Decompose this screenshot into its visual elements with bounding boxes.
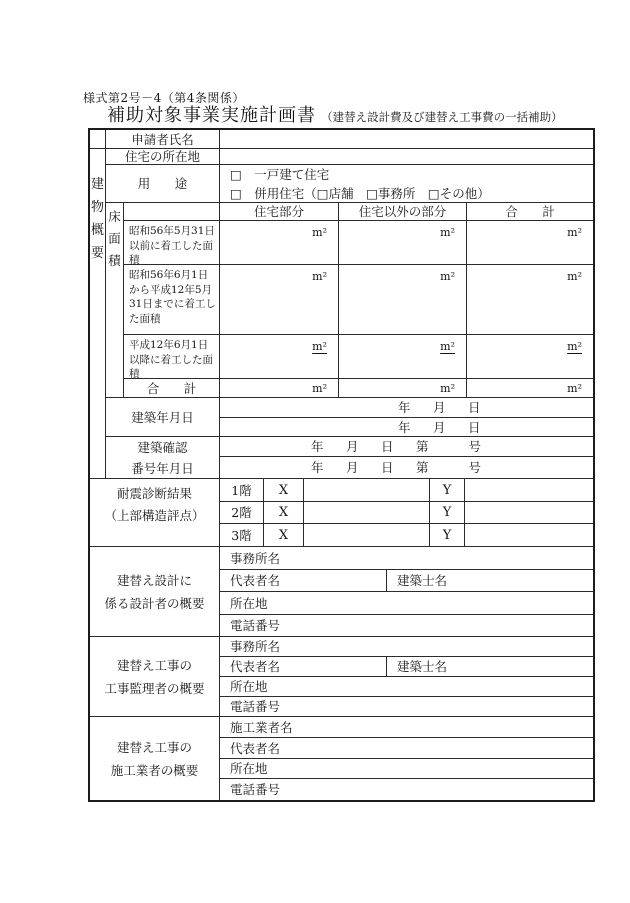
fa-row3-nonhousing-input[interactable]: m² — [339, 335, 467, 379]
fa-row1-housing-input[interactable]: m² — [220, 221, 339, 265]
fa-row1-label: 昭和56年5月31日以前に着工した面積 — [124, 221, 220, 265]
page-title: 補助対象事業実施計画書 — [107, 105, 316, 126]
supervisor-representative-field[interactable]: 代表者名 — [220, 657, 387, 677]
designer-section-label-line2: 係る設計者の概要 — [90, 592, 219, 615]
floor1-y-label: Y — [430, 479, 465, 502]
floor-area-label: 床面積 — [106, 203, 124, 398]
corner-spacer — [90, 130, 106, 149]
fa-row1-total-input[interactable]: m² — [467, 221, 593, 265]
supervisor-architect-field[interactable]: 建築士名 — [387, 657, 593, 677]
built-date-input-row-2[interactable]: 年 月 日 — [220, 418, 593, 437]
fa-row2-label: 昭和56年6月1日から平成12年5月31日までに着工した面積 — [124, 265, 220, 335]
supervisor-phone-field[interactable]: 電話番号 — [220, 697, 593, 717]
applicant-name-label: 申請者氏名 — [106, 130, 220, 149]
supervisor-section-label-line1: 建替え工事の — [90, 654, 219, 677]
floor3-y-label: Y — [430, 524, 465, 547]
applicant-name-input[interactable] — [220, 130, 593, 149]
designer-section-label: 建替え設計に 係る設計者の概要 — [90, 547, 220, 637]
confirmation-input-row-1[interactable]: 年 月 日 第 号 — [220, 437, 593, 457]
usage-label: 用 途 — [106, 165, 220, 203]
designer-phone-field[interactable]: 電話番号 — [220, 615, 593, 637]
fa-total-nonhousing-input[interactable]: m² — [339, 379, 467, 398]
floor3-x-input[interactable] — [304, 524, 430, 547]
col-header-non-housing-part: 住宅以外の部分 — [339, 203, 467, 221]
fa-total-housing-input[interactable]: m² — [220, 379, 339, 398]
designer-address-field[interactable]: 所在地 — [220, 592, 593, 615]
designer-section-label-line1: 建替え設計に — [90, 569, 219, 592]
contractor-section-label-line1: 建替え工事の — [90, 736, 219, 759]
designer-representative-field[interactable]: 代表者名 — [220, 570, 387, 592]
supervisor-section-label-line2: 工事監理者の概要 — [90, 677, 219, 700]
fa-total-label: 合 計 — [124, 379, 220, 398]
contractor-representative-field[interactable]: 代表者名 — [220, 738, 593, 759]
fa-row2-total-input[interactable]: m² — [467, 265, 593, 335]
form-page: 様式第2号－4（第4条関係） 補助対象事業実施計画書 （建替え設計費及び建替え工… — [0, 0, 630, 903]
floor2-y-input[interactable] — [465, 502, 593, 524]
built-date-label: 建築年月日 — [106, 398, 220, 437]
col-header-housing-part: 住宅部分 — [220, 203, 339, 221]
supervisor-section-label: 建替え工事の 工事監理者の概要 — [90, 637, 220, 717]
page-title-line: 補助対象事業実施計画書 （建替え設計費及び建替え工事費の一括補助） — [107, 101, 563, 127]
floor2-label: 2階 — [220, 502, 264, 524]
building-overview-label: 建物概要 — [90, 149, 106, 479]
contractor-section-label: 建替え工事の 施工業者の概要 — [90, 717, 220, 800]
page-title-note: （建替え設計費及び建替え工事費の一括補助） — [321, 110, 563, 124]
floor1-y-input[interactable] — [465, 479, 593, 502]
col-header-total: 合 計 — [467, 203, 593, 221]
designer-architect-field[interactable]: 建築士名 — [387, 570, 593, 592]
contractor-address-field[interactable]: 所在地 — [220, 759, 593, 779]
house-location-input[interactable] — [220, 149, 593, 165]
seismic-result-label-line1: 耐震診断結果 — [90, 483, 219, 505]
fa-row2-nonhousing-input[interactable]: m² — [339, 265, 467, 335]
fa-row2-housing-input[interactable]: m² — [220, 265, 339, 335]
usage-options: □ 一戸建て住宅 □ 併用住宅（□店舗 □事務所 □その他） — [220, 165, 593, 203]
building-confirmation-label: 建築確認 番号年月日 — [106, 437, 220, 479]
fa-row3-label: 平成12年6月1日以降に着工した面積 — [124, 335, 220, 379]
contractor-phone-field[interactable]: 電話番号 — [220, 779, 593, 800]
fa-row3-total-input[interactable]: m² — [467, 335, 593, 379]
form-table: 申請者氏名 建物概要 住宅の所在地 用 途 □ 一戸建て住宅 □ 併用住宅（□店… — [88, 128, 595, 802]
contractor-name-field[interactable]: 施工業者名 — [220, 717, 593, 738]
seismic-result-label-line2: （上部構造評点） — [90, 505, 219, 527]
built-date-input-row-1[interactable]: 年 月 日 — [220, 398, 593, 418]
fa-row1-nonhousing-input[interactable]: m² — [339, 221, 467, 265]
seismic-result-label: 耐震診断結果 （上部構造評点） — [90, 479, 220, 547]
building-confirmation-label-line1: 建築確認 — [106, 437, 219, 458]
floor-area-header-spacer — [124, 203, 220, 221]
fa-total-total-input[interactable]: m² — [467, 379, 593, 398]
fa-row3-housing-input[interactable]: m² — [220, 335, 339, 379]
floor3-label: 3階 — [220, 524, 264, 547]
usage-option-detached[interactable]: □ 一戸建て住宅 — [220, 165, 593, 184]
floor2-y-label: Y — [430, 502, 465, 524]
floor2-x-label: X — [264, 502, 304, 524]
usage-option-combined[interactable]: □ 併用住宅（□店舗 □事務所 □その他） — [220, 184, 593, 203]
contractor-section-label-line2: 施工業者の概要 — [90, 759, 219, 782]
floor1-label: 1階 — [220, 479, 264, 502]
floor1-x-label: X — [264, 479, 304, 502]
supervisor-address-field[interactable]: 所在地 — [220, 677, 593, 697]
floor1-x-input[interactable] — [304, 479, 430, 502]
floor3-x-label: X — [264, 524, 304, 547]
house-location-label: 住宅の所在地 — [106, 149, 220, 165]
confirmation-input-row-2[interactable]: 年 月 日 第 号 — [220, 457, 593, 479]
designer-office-name-field[interactable]: 事務所名 — [220, 547, 593, 570]
floor2-x-input[interactable] — [304, 502, 430, 524]
floor3-y-input[interactable] — [465, 524, 593, 547]
supervisor-office-name-field[interactable]: 事務所名 — [220, 637, 593, 657]
building-confirmation-label-line2: 番号年月日 — [106, 458, 219, 479]
